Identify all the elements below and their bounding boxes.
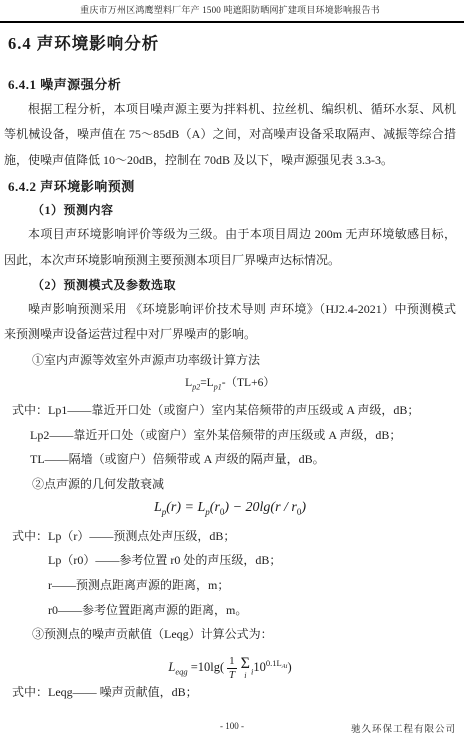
paragraph-prediction-mode: 噪声影响预测采用 《环境影响评价技术导则 声环境》（HJ2.4-2021）中预测… xyxy=(4,297,456,348)
def-line-r0: r0——参考位置距离声源的距离，m。 xyxy=(48,598,456,623)
item-2-point-source-attenuation: ②点声源的几何发散衰减 xyxy=(32,472,456,496)
document-page: 重庆市万州区鸿鹰塑料厂年产 1500 吨遮阳防晒网扩建项目环境影响报告书 6.4… xyxy=(0,0,464,740)
paragraph-noise-sources: 根据工程分析，本项目噪声源主要为拌料机、拉丝机、编织机、循环水泵、风机等机械设备… xyxy=(4,97,456,173)
fraction-denominator: T xyxy=(229,669,235,682)
formula-lpr-t3: ) − 20lg(r / r xyxy=(224,500,296,515)
item-3-leqg-formula-intro: ③预测点的噪声贡献值（Leqg）计算公式为： xyxy=(32,622,456,646)
formula-leqg-base: 10 xyxy=(253,660,266,674)
formula-lp2-tail: -（TL+6） xyxy=(222,377,275,389)
formula-lpr-t4: ) xyxy=(301,500,306,515)
formula-leqg-eq: =10lg( xyxy=(188,660,225,674)
formula-lp2: Lp2=Lp1-（TL+6） xyxy=(4,372,456,398)
item-1-indoor-source-method: ①室内声源等效室外声源声功率级计算方法 xyxy=(32,348,456,372)
def-line-tl: TL——隔墙（或窗户）倍频带或 A 声级的隔声量，dB。 xyxy=(30,447,456,472)
fraction-1-over-T: 1T xyxy=(227,655,237,681)
formula-lpr-t2: (r xyxy=(210,500,220,515)
header-rule xyxy=(0,21,464,23)
summation-sigma: Σi xyxy=(241,656,250,680)
def-line-leqg: 式中：Leqg—— 噪声贡献值，dB； xyxy=(12,680,456,705)
exponent-main: 0.1L xyxy=(266,658,282,668)
def-line-lp1: 式中：Lp1——靠近开口处（或窗户）室内某倍频带的声压级或 A 声级，dB； xyxy=(12,398,456,423)
section-title-6-4: 6.4 声环境影响分析 xyxy=(8,33,456,55)
subsection-2-title: （2）预测模式及参数选取 xyxy=(32,273,456,297)
formula-leqg: Leqg =10lg(1TΣii100.1LAi) xyxy=(4,648,456,680)
subsection-1-title: （1）预测内容 xyxy=(32,198,456,222)
section-title-6-4-2: 6.4.2 声环境影响预测 xyxy=(8,178,456,196)
formula-lpr-t1: (r) = L xyxy=(166,500,205,515)
formula-lp2-sub2: p1 xyxy=(214,382,222,391)
formula-lpr-var1: L xyxy=(154,500,162,515)
fraction-numerator: 1 xyxy=(227,655,237,669)
formula-leqg-exponent: 0.1LAi xyxy=(266,658,288,668)
footer-company-name: 驰久环保工程有限公司 xyxy=(351,721,456,735)
formula-lp2-sub1: p2 xyxy=(192,382,200,391)
paragraph-prediction-content: 本项目声环境影响评价等级为三级。由于本项目周边 200m 无声环境敏感目标，因此… xyxy=(4,222,456,273)
formula-lpr: Lp(r) = Lp(r0) − 20lg(r / r0) xyxy=(4,496,456,524)
sigma-index: i xyxy=(244,672,246,680)
exponent-sub: Ai xyxy=(282,663,288,670)
formula-leqg-close: ) xyxy=(287,660,291,674)
section-title-6-4-1: 6.4.1 噪声源强分析 xyxy=(8,76,456,94)
sigma-symbol: Σ xyxy=(241,656,250,672)
formula-lp2-mid: =L xyxy=(200,377,214,389)
formula-leqg-var-sub: eqg xyxy=(175,667,187,677)
def-line-r: r——预测点距离声源的距离，m； xyxy=(48,573,456,598)
def-line-lp-r0: Lp（r0）——参考位置 r0 处的声压级，dB； xyxy=(48,548,456,573)
def-line-lp-r: 式中：Lp（r）——预测点处声压级，dB； xyxy=(12,524,456,549)
def-line-lp2: Lp2——靠近开口处（或窗户）室外某倍频带的声压级或 A 声级，dB； xyxy=(30,423,456,448)
page-header-title: 重庆市万州区鸿鹰塑料厂年产 1500 吨遮阳防晒网扩建项目环境影响报告书 xyxy=(4,5,456,16)
page-footer: - 100 - 驰久环保工程有限公司 xyxy=(0,721,464,735)
